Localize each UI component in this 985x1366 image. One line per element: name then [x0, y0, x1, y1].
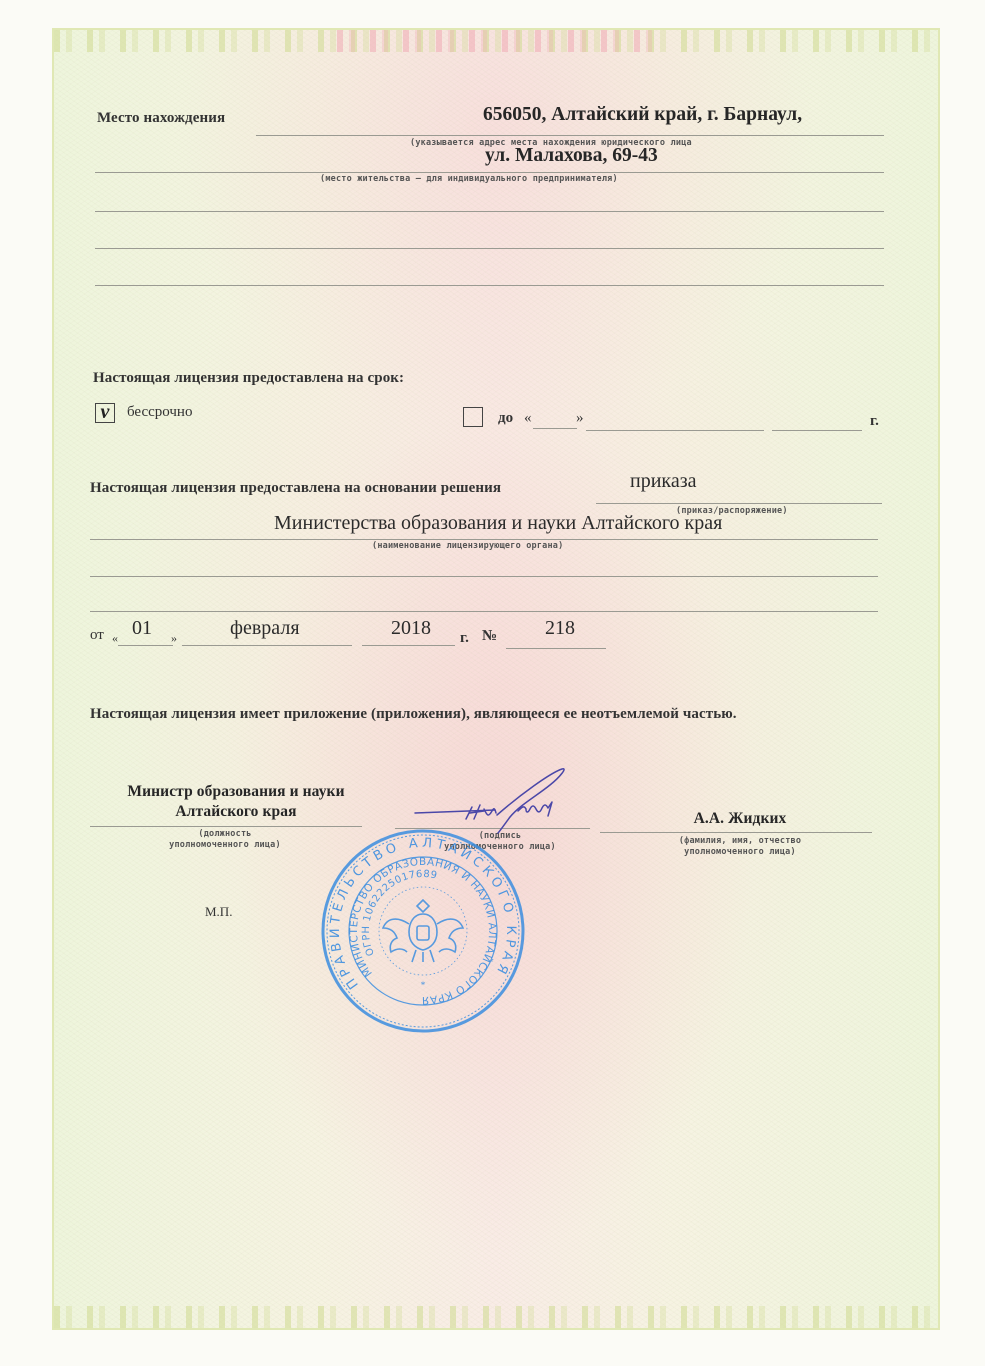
position-line: [90, 826, 362, 827]
security-paper-background: [52, 28, 940, 1330]
ornamental-border-bottom: [54, 1306, 938, 1328]
signatory-position-line-2: Алтайского края: [100, 803, 372, 821]
authority-value: Министерства образования и науки Алтайск…: [274, 512, 722, 535]
authority-hint: (наименование лицензирующего органа): [372, 541, 563, 551]
number-label: №: [482, 628, 497, 645]
ornamental-border-top: [54, 30, 938, 52]
date-month-line: [182, 645, 352, 646]
until-month-field[interactable]: [586, 430, 764, 431]
coat-of-arms-icon: [383, 900, 463, 962]
blank-line-3: [95, 285, 884, 286]
date-year-suffix: г.: [460, 630, 469, 647]
date-day-line: [118, 645, 173, 646]
until-open-quote: «: [524, 410, 532, 427]
until-year-suffix: г.: [870, 413, 879, 430]
name-line: [600, 832, 872, 833]
name-hint-2: уполномоченного лица): [610, 847, 870, 857]
handwritten-signature: [400, 765, 600, 835]
date-year-line: [362, 645, 455, 646]
svg-text:МИНИСТЕРСТВО ОБРАЗОВАНИЯ И НАУ: МИНИСТЕРСТВО ОБРАЗОВАНИЯ И НАУКИ АЛТАЙСК…: [320, 828, 526, 1034]
number-value: 218: [545, 617, 575, 640]
official-stamp: ПРАВИТЕЛЬСТВО АЛТАЙСКОГО КРАЯ МИНИСТЕРСТ…: [320, 828, 526, 1034]
until-day-field[interactable]: [533, 428, 577, 429]
date-month-value: февраля: [230, 617, 300, 640]
seal-place-label: М.П.: [205, 904, 232, 920]
option-until-label: до: [498, 410, 513, 427]
blank-line-2: [95, 248, 884, 249]
signatory-position-line-1: Министр образования и науки: [100, 783, 372, 801]
date-prefix: от: [90, 627, 104, 644]
checkbox-indefinite[interactable]: v: [95, 403, 115, 423]
signatory-name: А.А. Жидких: [610, 810, 870, 828]
position-hint-2: уполномоченного лица): [100, 840, 350, 850]
blank-line-4: [90, 576, 878, 577]
date-day-value: 01: [132, 617, 152, 640]
authority-line: [90, 539, 878, 540]
position-hint-1: (должность: [100, 829, 350, 839]
until-year-field[interactable]: [772, 430, 862, 431]
name-hint-1: (фамилия, имя, отчество: [610, 836, 870, 846]
address-label: Место нахождения: [97, 110, 225, 127]
until-close-quote: »: [576, 410, 584, 427]
blank-line-1: [95, 211, 884, 212]
term-label: Настоящая лицензия предоставлена на срок…: [93, 370, 404, 387]
option-indefinite-label: бессрочно: [127, 404, 192, 421]
blank-line-5: [90, 611, 878, 612]
date-open-quote: «: [112, 631, 118, 646]
date-close-quote: »: [171, 631, 177, 646]
basis-label: Настоящая лицензия предоставлена на осно…: [90, 480, 501, 497]
decision-type-value: приказа: [630, 470, 696, 493]
checkbox-until-date[interactable]: [463, 407, 483, 427]
address-line-1: [256, 135, 884, 136]
svg-text:*: *: [421, 980, 426, 990]
date-year-value: 2018: [391, 617, 431, 640]
address-hint-2: (место жительства – для индивидуального …: [320, 174, 618, 184]
address-value-line-1: 656050, Алтайский край, г. Барнаул,: [483, 104, 802, 126]
annex-note: Настоящая лицензия имеет приложение (при…: [90, 706, 737, 723]
address-line-2: [95, 172, 884, 173]
number-line: [506, 648, 606, 649]
address-value-line-2: ул. Малахова, 69-43: [485, 145, 658, 167]
checkmark-icon: v: [101, 401, 110, 423]
decision-type-line: [596, 503, 882, 504]
